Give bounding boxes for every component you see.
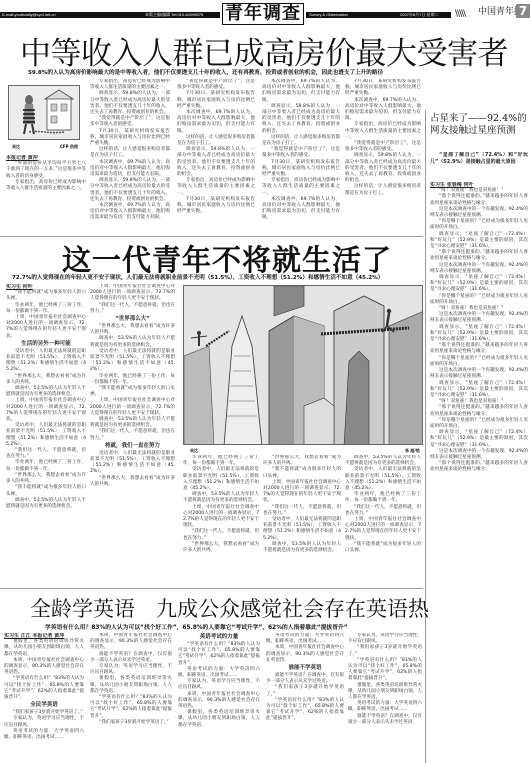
woman-and-house-illustration-icon — [9, 86, 80, 140]
article3-column-4: 英语考试的力量：大学英语四六级、职称英语、出国考试…… 本周，中国青年报社社会调… — [266, 633, 344, 763]
article1-headline: 中等收入人群已成高房价最大受害者 — [20, 28, 508, 73]
page-number: 7 — [516, 4, 530, 18]
header-date: 2007年8月7日 星期二 — [400, 11, 438, 19]
article3-column-1: 实习生 江江 本报记者 黄冲 暑假里，各类英语培训班异常火爆，从幼儿园小朋友到职… — [4, 633, 84, 763]
article2-column-5: 调查中，53.5%的人认为年轻人不愿将就是因为有更多的选择机会。 受访者中，人们… — [345, 455, 421, 585]
article1-column-2: 专家指出，高房价已经成为影响中等收入人群生活质量的主要因素之一。 调查显示，59… — [90, 79, 170, 234]
article2-section-head-2: “世界那么大” — [90, 315, 175, 324]
article3-section-head-1: 英语考试的力量 — [178, 633, 260, 642]
article3-subhead: 学英语有什么用？83%的人认为可以“找个好工作”，65.8%的人要靠它“考试升学… — [45, 622, 348, 631]
article3-column-2: 本周，中国青年报社社会调查中心的调查显示，90.3%的人感觉社会存在英语热。 谁… — [90, 633, 172, 763]
article2-subhead: 72.7%的人觉得现在的年轻人更不安于现状，人们最无法将就职业前景不光明（51.… — [12, 273, 383, 281]
header-editor-info: 本版主编/编辑 Tel:010-64098075 — [145, 11, 203, 19]
article2-column-4: “世界那么大，我想去看看”成为许多人的共鸣。 “我不能将就”成为很多年轻人的口头… — [263, 455, 341, 585]
article2-column-1: 实习生 何叶 “我不能将就”成为很多年轻人的口头禅。 毕业两年，他已经换了三份工… — [6, 284, 86, 584]
article1-lead-column: 本报记者 黄冲 “外面的房价从平均每平方米七八千涨到了现在的一万多。”这是很多中… — [6, 155, 86, 230]
article2-caption-right: 李 超/绘 — [405, 448, 420, 454]
skyscrapers-tightrope-illustration-icon — [184, 286, 423, 445]
article1-column-4: 本次调查中，69.7%的人认为，高房价对中等收入人群影响最大，他们购房需求最为迫… — [262, 79, 340, 234]
article2-column-2: 上周，中国青年报社社会调查中心对2000人进行的一项调查显示，72.7%的人觉得… — [90, 284, 175, 584]
article1-column-5: 7月30日，某研究机构发布报告称，城市居民家庭收入与房价比例已经严重失衡。 本次… — [345, 79, 421, 234]
article3-section-head-3: 全民学英语 — [4, 701, 84, 710]
article1-illustration — [8, 85, 80, 140]
slash-decoration-icon: \\\\\ — [455, 9, 465, 19]
article3-headline: 全龄学英语 九成公众感觉社会存在英语热 — [30, 593, 429, 623]
article2-section-head-3: 将就，我们一直在努力 — [90, 442, 175, 451]
article2-illustration — [183, 285, 423, 445]
header-email: E-mail:youthdaily@cyol.net.cn — [2, 11, 56, 19]
article1-column-3: “我觉得就是中产阶层了”，这是很多中等收入者的感受。 7月30日，某研究机构发布… — [177, 79, 255, 234]
article3-column-3: 英语考试的力量 “学英语有什么用？”83%的人认为可以“找个好工作”，65.8%… — [178, 633, 260, 763]
divider-article2 — [0, 588, 423, 589]
article2-section-head-1: 生活的另外一种可能 — [6, 340, 86, 349]
article2-caption-left: 吴达 — [190, 448, 198, 454]
article2-column-3: 毕业两年，他已经换了三份工作，每一份都做不到一年。 受访者中，人们最无法将就的是… — [183, 455, 259, 585]
article3-section-head-2: 谁能不学英语 — [266, 664, 344, 673]
sidebar-body: 实习生 张春梅 何叶 “呀！双鱼座！我也是双鱼座！” “那个说得还挺准的。”越来… — [430, 182, 528, 762]
article1-caption-right: CFP 供图 — [60, 144, 78, 150]
article1-subhead: 59.8%的人认为高房价影响最大的是中等收入者，他们不仅要透支几十年的收入，还有… — [28, 68, 383, 76]
sidebar-lead: “星座了解自己”（72.4%）和“好玩儿”（52.9%）是接触占星的最大原因 — [430, 152, 528, 178]
divider-article1 — [0, 236, 423, 237]
article1-caption-left: 吴达 — [12, 144, 20, 150]
article3-column-5: 专家认为，英语学习应当理性，不应盲目跟风。 “我们家孩子3岁就开始学英语了。” … — [348, 633, 422, 763]
article1-lead: “外面的房价从平均每平方米七八千涨到了现在的一万多。”这是很多中等收入者的切身感… — [6, 161, 86, 180]
sidebar-divider — [425, 110, 426, 763]
section-title: 青年调查 — [222, 3, 304, 25]
sidebar-title: 占星来了——92.4%的网友接触过星座预测 — [430, 113, 528, 137]
header-section-english: Survey & Observation — [309, 11, 348, 19]
